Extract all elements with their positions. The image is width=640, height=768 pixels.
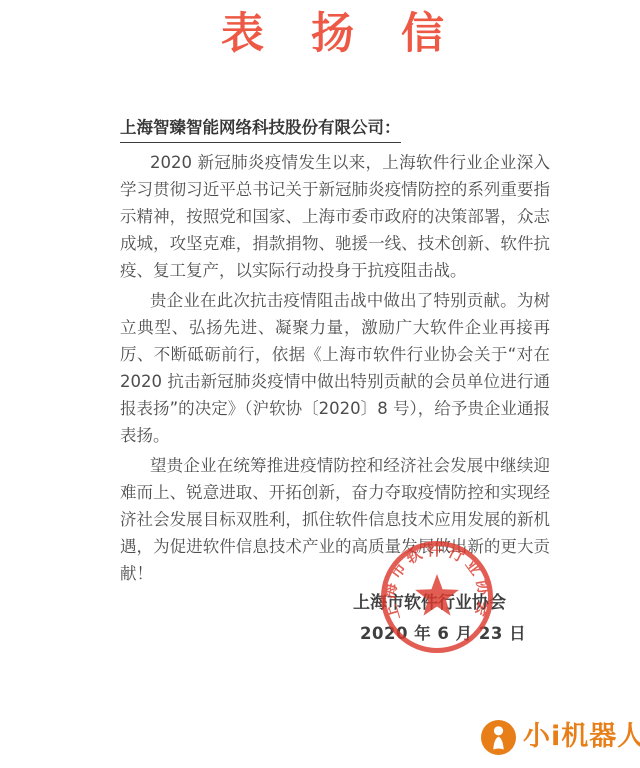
paragraph-2: 贵企业在此次抗击疫情阻击战中做出了特别贡献。为树立典型、弘扬先进、凝聚力量，激励… — [120, 287, 550, 449]
letter-page: 表扬信 上海智臻智能网络科技股份有限公司： 2020 新冠肺炎疫情发生以来，上海… — [0, 0, 640, 768]
letter-body: 上海智臻智能网络科技股份有限公司： 2020 新冠肺炎疫情发生以来，上海软件行业… — [120, 117, 550, 587]
robot-icon — [481, 720, 516, 755]
date-line: 2020 年 6 月 23 日 — [360, 620, 526, 644]
signature-line: 上海市软件行业协会 — [353, 588, 506, 613]
letter-title: 表扬信 — [221, 10, 491, 58]
paragraph-1: 2020 新冠肺炎疫情发生以来，上海软件行业企业深入学习贯彻习近平总书记关于新冠… — [120, 149, 550, 284]
xiaoi-logo: 小i机器人 — [481, 719, 640, 755]
logo-text: 小i机器人 — [523, 719, 640, 755]
paragraph-3: 望贵企业在统筹推进疫情防控和经济社会发展中继续迎难而上、锐意进取、开拓创新，奋力… — [120, 452, 550, 587]
addressee-line: 上海智臻智能网络科技股份有限公司： — [120, 117, 401, 143]
